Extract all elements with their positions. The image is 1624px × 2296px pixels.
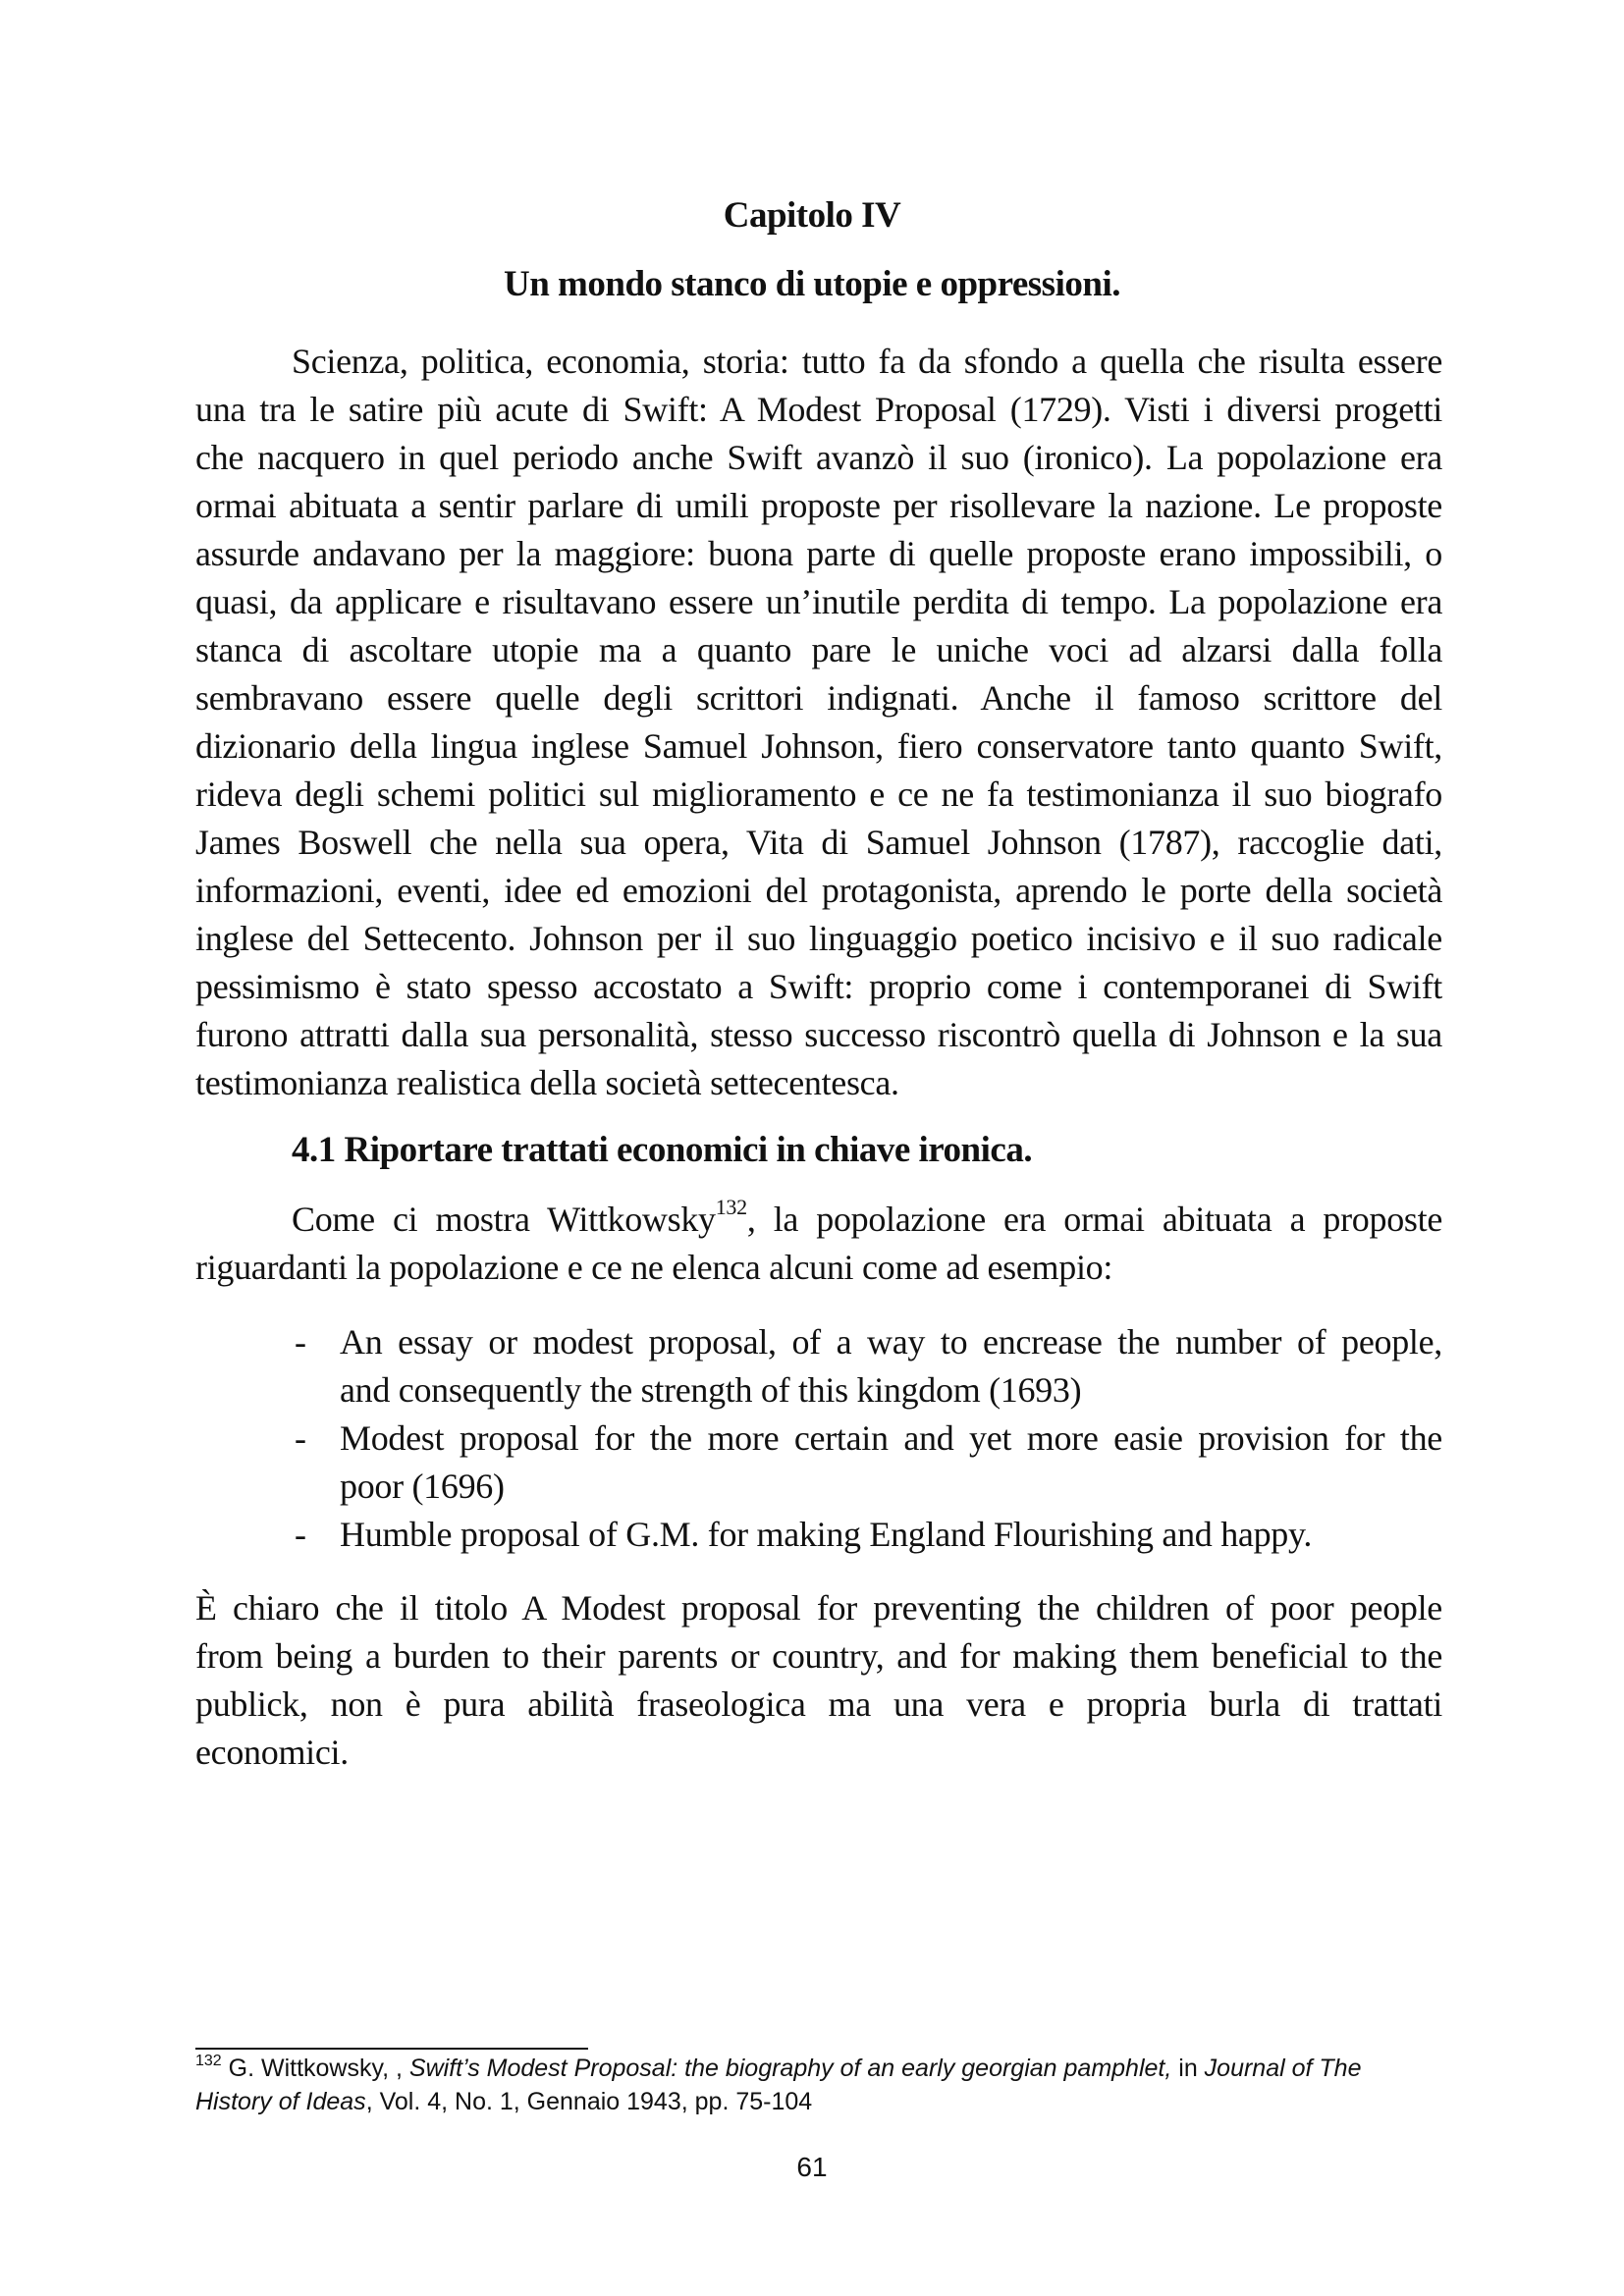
list-bullet: - [295,1515,306,1554]
footnote-title: Swift’s Modest Proposal: the biography o… [409,2055,1171,2082]
section-heading: 4.1 Riportare trattati economici in chia… [292,1129,1032,1171]
footnote-details: , Vol. 4, No. 1, Gennaio 1943, pp. 75-10… [366,2088,813,2115]
footnote-journal: History of Ideas [195,2088,366,2115]
paragraph-line: inglese del Settecento. Johnson per il s… [195,919,1442,958]
paragraph-line: stanca di ascoltare utopie ma a quanto p… [195,630,1442,669]
paragraph-line: economici. [195,1733,1442,1772]
list-item-line: poor (1696) [340,1467,1442,1506]
intro-text: Come ci mostra Wittkowsky [292,1200,716,1239]
paragraph-line: quasi, da applicare e risultavano essere… [195,582,1442,621]
footnote-ref[interactable]: 132 [716,1195,747,1219]
paragraph-line: dizionario della lingua inglese Samuel J… [195,726,1442,766]
list-item-line: Humble proposal of G.M. for making Engla… [340,1515,1442,1554]
footnote-text: in [1171,2055,1204,2082]
paragraph-line: furono attratti dalla sua personalità, s… [195,1015,1442,1054]
paragraph-line: che nacquero in quel periodo anche Swift… [195,438,1442,477]
paragraph-line: Scienza, politica, economia, storia: tut… [292,342,1442,381]
paragraph-line: sembravano essere quelle degli scrittori… [195,678,1442,718]
document-page: Capitolo IV Un mondo stanco di utopie e … [0,0,1624,2296]
footnote-line: 132 G. Wittkowsky, , Swift’s Modest Prop… [195,2054,1362,2083]
intro-text: , la popolazione era ormai abituata a pr… [747,1200,1442,1239]
section-intro-line: Come ci mostra Wittkowsky132, la popolaz… [292,1200,1442,1239]
list-item-line: and consequently the strength of this ki… [340,1370,1442,1410]
paragraph-line: James Boswell che nella sua opera, Vita … [195,823,1442,862]
chapter-title: Un mondo stanco di utopie e oppressioni. [0,263,1624,305]
paragraph-line: rideva degli schemi politici sul miglior… [195,774,1442,814]
list-bullet: - [295,1418,306,1458]
paragraph-line: pessimismo è stato spesso accostato a Sw… [195,967,1442,1006]
paragraph-line: una tra le satire più acute di Swift: A … [195,390,1442,429]
paragraph-line: informazioni, eventi, idee ed emozioni d… [195,871,1442,910]
footnote-line: History of Ideas, Vol. 4, No. 1, Gennaio… [195,2087,812,2116]
footnote-divider [195,2048,588,2050]
paragraph-line: assurde andavano per la maggiore: buona … [195,534,1442,573]
footnote-author: G. Wittkowsky, , [222,2055,409,2082]
footnote-number: 132 [195,2053,222,2069]
list-item-line: An essay or modest proposal, of a way to… [340,1322,1442,1362]
page-number: 61 [0,2152,1624,2183]
list-bullet: - [295,1322,306,1362]
chapter-label: Capitolo IV [0,194,1624,237]
paragraph-line: testimonianza realistica della società s… [195,1063,1442,1102]
paragraph-line: È chiaro che il titolo A Modest proposal… [195,1588,1442,1628]
paragraph-line: publick, non è pura abilità fraseologica… [195,1684,1442,1724]
list-item-line: Modest proposal for the more certain and… [340,1418,1442,1458]
section-intro-line: riguardanti la popolazione e ce ne elenc… [195,1248,1442,1287]
paragraph-line: from being a burden to their parents or … [195,1636,1442,1676]
footnote-journal: Journal of The [1205,2055,1362,2082]
paragraph-line: ormai abituata a sentir parlare di umili… [195,486,1442,525]
